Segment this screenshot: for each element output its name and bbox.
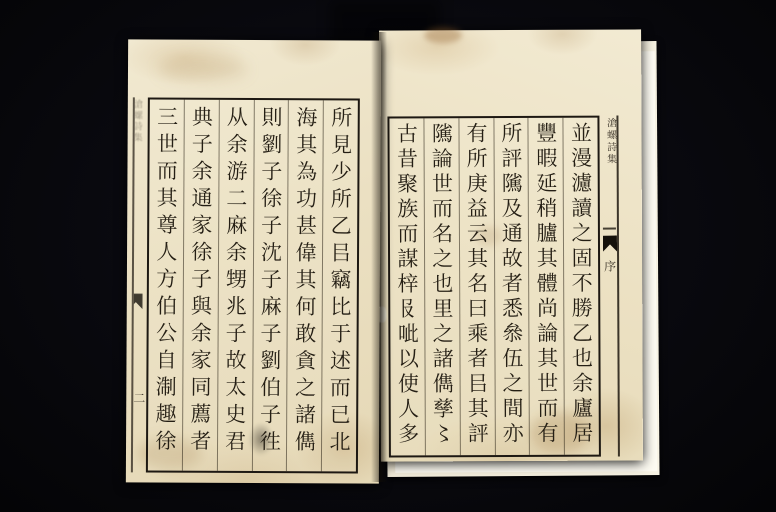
folio-divider [603, 228, 616, 230]
fishtail-mark-icon [131, 293, 143, 309]
page-gutter-shadow [371, 32, 387, 482]
text-column-6: 三世而其尊人方伯公自淛趣徐 [148, 99, 184, 470]
book-photo: 並漫濾讀之固不勝乙也余廬居豐暇延稍臚其體尚論其世而有所評隲及通故者悉叅伍之間亦有… [0, 0, 776, 512]
folio-strip: 滄螺詩集 序 [601, 116, 619, 457]
stain [424, 27, 462, 43]
text-frame: 所見少所乙㠯竊比于述而已北海其為功甚偉其何敢貪之諸儁則劉子徐子沈子麻子劉伯子徃从… [146, 97, 360, 473]
text-column-1: 所見少所乙㠯竊比于述而已北 [321, 100, 358, 471]
left-page-columns: 所見少所乙㠯竊比于述而已北海其為功甚偉其何敢貪之諸儁則劉子徐子沈子麻子劉伯子徃从… [148, 99, 358, 471]
text-column-5: 隲論世而名之也里之諸儁孳〻 [423, 118, 459, 455]
text-column-1: 並漫濾讀之固不勝乙也余廬居 [563, 118, 599, 455]
stain [158, 55, 248, 81]
fishtail-mark-icon [603, 236, 617, 252]
page-number: 二 [133, 389, 145, 406]
left-page: 所見少所乙㠯竊比于述而已北海其為功甚偉其何敢貪之諸儁則劉子徐子沈子麻子劉伯子徃从… [126, 39, 381, 483]
text-column-4: 有所庚益云其名曰乘者㠯其評 [458, 118, 494, 455]
text-column-2: 海其為功甚偉其何敢貪之諸儁 [286, 100, 323, 471]
text-column-3: 則劉子徐子沈子麻子劉伯子徃 [251, 100, 288, 471]
text-column-5: 典子余通家徐子與余家同薦者 [182, 100, 219, 471]
text-column-3: 所評隲及通故者悉叅伍之間亦 [493, 118, 529, 455]
folio-title-partial: 滄螺詩集 [131, 99, 144, 143]
folio-strip: 滄螺詩集 二 [131, 97, 147, 472]
text-frame: 並漫濾讀之固不勝乙也余廬居豐暇延稍臚其體尚論其世而有所評隲及通故者悉叅伍之間亦有… [387, 116, 600, 458]
text-column-4: 从余游二麻余甥兆子故太史君 [217, 100, 254, 471]
folio-title: 滄螺詩集 [602, 118, 617, 166]
right-page-columns: 並漫濾讀之固不勝乙也余廬居豐暇延稍臚其體尚論其世而有所評隲及通故者悉叅伍之間亦有… [389, 118, 598, 456]
text-column-2: 豐暇延稍臚其體尚論其世而有 [528, 118, 564, 455]
text-column-6: 古昔聚族而謀梓𠬝呲以使人多 [389, 118, 424, 455]
right-page: 並漫濾讀之固不勝乙也余廬居豐暇延稍臚其體尚論其世而有所評隲及通故者悉叅伍之間亦有… [379, 29, 643, 461]
section-label: 序 [604, 258, 616, 275]
